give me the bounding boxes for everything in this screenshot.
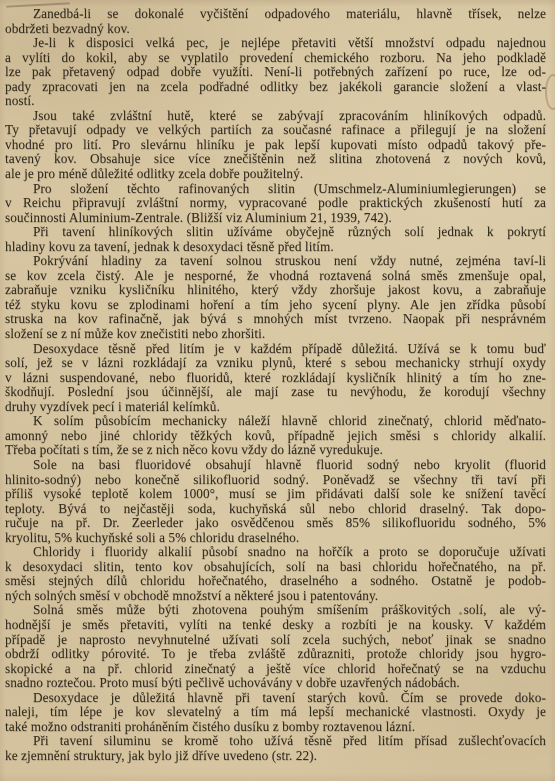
text-line: Pro složení těchto rafinovaných slitin (… (5, 182, 546, 197)
text-line: druhy vyzdívek pecí i materiál kelímků. (5, 400, 546, 415)
paragraph: Solná směs může býti zhotovena pouhým sm… (5, 603, 546, 690)
page-text: Zanedbá-li se dokonalé vyčištění odpadov… (0, 7, 555, 763)
text-line: také možno odstraniti proháněním čistého… (5, 720, 546, 735)
text-line: Solná směs může býti zhotovena pouhým sm… (5, 603, 546, 618)
text-line: a vylíti do kokil, aby se vyplatilo prov… (5, 51, 546, 66)
paragraph: Chloridy i fluoridy alkalií působí snadn… (5, 545, 546, 603)
text-line: Zanedbá-li se dokonalé vyčištění odpadov… (5, 7, 546, 22)
text-line: tavený kov. Obsahuje sice více znečištěn… (5, 152, 546, 167)
text-line: Třeba počítati s tím, že se z nich něco … (5, 443, 546, 458)
text-line: Ty přetavují odpady ve velkých partiích … (5, 123, 546, 138)
text-line: struska na kov rafinačně, jak bývá s mno… (5, 312, 546, 327)
paragraph: Pokrývání hladiny za tavení solnou strus… (5, 254, 546, 341)
text-line: se kov zcela čistý. Ale je nesporné, že … (5, 269, 546, 284)
text-line: směsi stejných dílů chloridu hořečnatého… (5, 574, 546, 589)
text-line: vhodné pro lití. Pro slevárnu hliníku je… (5, 138, 546, 153)
text-line: snadno roztečou. Proto musí býti pečlivě… (5, 676, 546, 691)
text-line: případě je naprosto nevyhnutelné užívati… (5, 633, 546, 648)
text-line: v Reichu připravují zvláštní normy, vypr… (5, 196, 546, 211)
text-line: obdržeti bezvadný kov. (5, 22, 546, 37)
paragraph: Při tavení siluminu se kromě toho užívá … (5, 734, 546, 763)
paragraph: Desoxydace těsně před litím je v každém … (5, 342, 546, 415)
text-line: ale je pro méně důležité odlitky zcela d… (5, 167, 546, 182)
text-line: složení se z ní může kov znečistiti nebo… (5, 327, 546, 342)
text-line: škodňují. Poslední jsou účinnější, ale m… (5, 385, 546, 400)
text-line: Při tavení siluminu se kromě toho užívá … (5, 734, 546, 749)
text-line: též styku kovu se zplodinami hoření a tí… (5, 298, 546, 313)
text-line: Je-li k disposici velká pec, je nejlépe … (5, 36, 546, 51)
text-line: ností. (5, 94, 546, 109)
text-line: ručuje na př. Dr. Zeerleder jako osvědče… (5, 516, 546, 531)
text-line: Desoxydace je důležitá hlavně při tavení… (5, 691, 546, 706)
text-line: obdrží odlitky pórovité. To je třeba zvl… (5, 647, 546, 662)
text-line: kryolitu, 5% kuchyňské soli a 5% chlorid… (5, 531, 546, 546)
text-line: Chloridy i fluoridy alkalií působí snadn… (5, 545, 546, 560)
text-line: Při tavení hliníkových slitin užíváme ob… (5, 225, 546, 240)
text-line: zabraňuje vzniku kysličníku hlinitého, k… (5, 283, 546, 298)
paragraph: K solím působícím mechanicky náleží hlav… (5, 414, 546, 458)
text-line: příliš vysoké teplotě kolem 1000°, musí … (5, 487, 546, 502)
paragraph: Je-li k disposici velká pec, je nejlépe … (5, 36, 546, 109)
text-line: hladiny kovu za tavení, jednak k desoxyd… (5, 240, 546, 255)
text-line: teploty. Bývá to nejčastěji soda, kuchyň… (5, 502, 546, 517)
paragraph: Pro složení těchto rafinovaných slitin (… (5, 182, 546, 226)
text-line: Pokrývání hladiny za tavení solnou strus… (5, 254, 546, 269)
paragraph: Při tavení hliníkových slitin užíváme ob… (5, 225, 546, 254)
text-line: solí, jež se v lázni rozkládají za vznik… (5, 356, 546, 371)
text-line: k desoxydaci slitin, tento kov obsahujíc… (5, 560, 546, 575)
paragraph: Sole na basi fluoridové obsahují hlavně … (5, 458, 546, 545)
text-line: K solím působícím mechanicky náleží hlav… (5, 414, 546, 429)
text-line: naleji, tím lépe je kov slevatelný a tím… (5, 705, 546, 720)
text-line: Sole na basi fluoridové obsahují hlavně … (5, 458, 546, 473)
text-line: ke zjemnění struktury, jak bylo již dřív… (5, 749, 546, 764)
scanned-book-page: { "colors": { "paper": "#d6c5a0", "ink":… (0, 0, 555, 781)
text-line: ných solných směsí v obchodě množství a … (5, 589, 546, 604)
text-line: součinnosti Aluminium-Zentrale. (Bližší … (5, 211, 546, 226)
text-line: skopické a na př. chlorid zinečnatý a je… (5, 662, 546, 677)
text-line: hlinito-sodný) nebo konečně silikofluori… (5, 473, 546, 488)
text-line: v lázni suspendované, nebo fluoridů, kte… (5, 371, 546, 386)
text-line: Jsou také zvláštní hutě, které se zabýva… (5, 109, 546, 124)
paragraph: Jsou také zvláštní hutě, které se zabýva… (5, 109, 546, 182)
text-line: hodnější je směs přetaviti, vylíti na te… (5, 618, 546, 633)
text-line: lze pak přetavený odpad dobře využíti. N… (5, 65, 546, 80)
text-line: Desoxydace těsně před litím je v každém … (5, 342, 546, 357)
paragraph: Desoxydace je důležitá hlavně při tavení… (5, 691, 546, 735)
paragraph: Zanedbá-li se dokonalé vyčištění odpadov… (5, 7, 546, 36)
text-line: amonný nebo jiné chloridy těžkých kovů, … (5, 429, 546, 444)
text-line: pady zpracovati jen na zcela podřadné od… (5, 80, 546, 95)
